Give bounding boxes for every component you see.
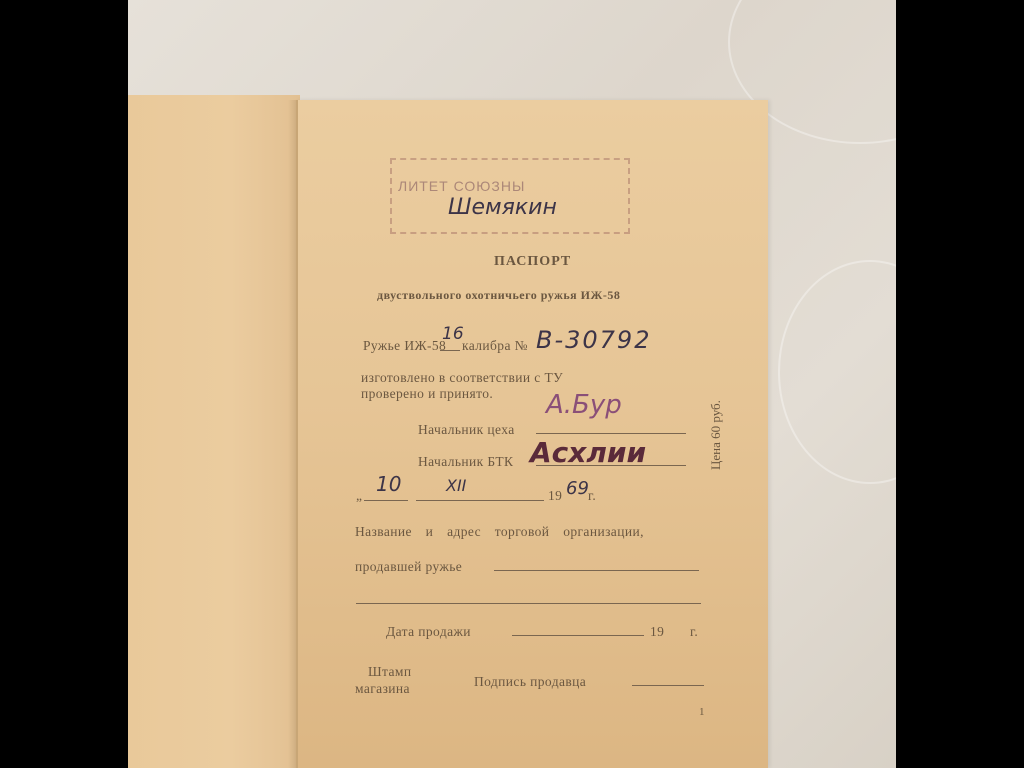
caliber-handwritten: 16: [442, 324, 464, 344]
day-blank: [364, 500, 408, 501]
left-page: [128, 95, 300, 768]
manufacture-year-suffix: г.: [588, 488, 596, 504]
gun-model-label: Ружье ИЖ-58: [363, 338, 446, 354]
seller-signature-label: Подпись продавца: [474, 674, 586, 690]
stamp-handwritten-name: Шемякин: [448, 195, 557, 220]
shop-head-label: Начальник цеха: [418, 422, 515, 438]
seller-org-field[interactable]: [494, 570, 699, 571]
sale-year-prefix: 19: [650, 624, 664, 640]
right-page: ЛИТЕТ СОЮЗНЫ Шемякин ПАСПОРТ двуствольно…: [296, 100, 768, 768]
manufacture-month: XII: [446, 476, 466, 495]
shop-head-signature: А.Бур: [546, 390, 622, 420]
manufacture-year-handwritten: 69: [566, 478, 589, 499]
store-stamp-label-line2: магазина: [355, 681, 410, 697]
caliber-blank: [440, 350, 460, 351]
store-stamp-label-line1: Штамп: [368, 664, 411, 680]
seller-org-label-line2: продавшей ружье: [355, 559, 462, 575]
sale-date-label: Дата продажи: [386, 624, 471, 640]
document-subtitle: двуствольного охотничьего ружья ИЖ-58: [377, 288, 620, 303]
manufacture-year-prefix: 19: [548, 488, 562, 504]
qc-head-signature: Асхлии: [530, 436, 646, 469]
date-quote-mark: „: [356, 488, 362, 504]
document-title: ПАСПОРТ: [494, 254, 571, 270]
stamp-printed-text: ЛИТЕТ СОЮЗНЫ: [398, 178, 525, 194]
qc-head-label: Начальник БТК: [418, 454, 513, 470]
photo-background: ЛИТЕТ СОЮЗНЫ Шемякин ПАСПОРТ двуствольно…: [128, 0, 896, 768]
conformity-text-line2: проверено и принято.: [361, 386, 493, 402]
sale-date-field[interactable]: [512, 635, 644, 636]
month-blank: [416, 500, 544, 501]
caliber-label: калибра №: [462, 338, 528, 354]
seller-org-label-line1: Название и адрес торговой организации,: [355, 524, 644, 540]
manufacture-day: 10: [376, 472, 401, 496]
conformity-text-line1: изготовлено в соответствии с ТУ: [361, 370, 563, 386]
shop-head-signature-line: [536, 433, 686, 434]
page-number: 1: [699, 706, 705, 718]
serial-number-handwritten: В-30792: [536, 326, 651, 354]
seller-signature-field[interactable]: [632, 685, 704, 686]
seller-org-field-line2[interactable]: [356, 603, 701, 604]
background-swirl: [778, 260, 896, 484]
sale-year-suffix: г.: [690, 624, 698, 640]
price-text: Цена 60 руб.: [708, 400, 724, 470]
